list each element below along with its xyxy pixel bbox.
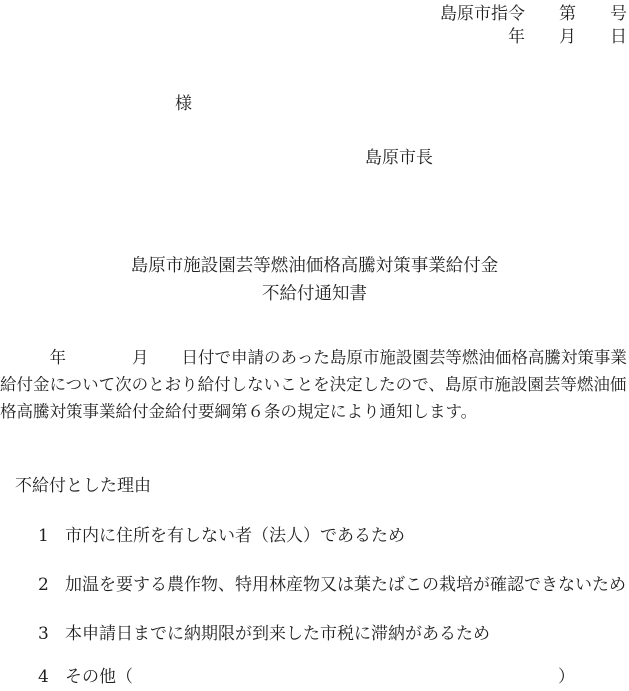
sender-name: 島原市長 bbox=[365, 150, 433, 167]
document-header: 島原市指令 第 号 年 月 日 bbox=[440, 3, 627, 49]
body-line-2: 給付金について次のとおり給付しないことを決定したので、島原市施設園芸等燃油価 bbox=[0, 371, 629, 398]
reason-item-4: 4 その他（ ） bbox=[38, 669, 575, 686]
body-paragraph: 年 月 日付で申請のあった島原市施設園芸等燃油価格高騰対策事業 給付金について次… bbox=[0, 344, 629, 425]
body-line-1: 年 月 日付で申請のあった島原市施設園芸等燃油価格高騰対策事業 bbox=[0, 344, 629, 371]
document-title: 島原市施設園芸等燃油価格高騰対策事業給付金 不給付通知書 bbox=[0, 252, 629, 308]
reason-item-number: 3 bbox=[38, 626, 65, 643]
reason-item-number: 2 bbox=[38, 577, 65, 594]
reason-item-1: 1 市内に住所を有しない者（法人）であるため bbox=[38, 528, 405, 545]
reason-item-text: 市内に住所を有しない者（法人）であるため bbox=[65, 528, 405, 545]
reason-item-number: 1 bbox=[38, 528, 65, 545]
reason-item-number: 4 bbox=[38, 669, 65, 686]
document-page: 島原市指令 第 号 年 月 日 様 島原市長 島原市施設園芸等燃油価格高騰対策事… bbox=[0, 0, 629, 691]
addressee-honorific: 様 bbox=[175, 96, 192, 113]
directive-number-line: 島原市指令 第 号 bbox=[440, 3, 627, 26]
reasons-heading: 不給付とした理由 bbox=[15, 478, 151, 495]
reason-item-2: 2 加温を要する農作物、特用林産物又は葉たばこの栽培が確認できないため bbox=[38, 577, 626, 594]
reason-item-text: その他（ ） bbox=[65, 669, 575, 686]
body-line-3: 格高騰対策事業給付金給付要綱第６条の規定により通知します。 bbox=[0, 398, 629, 425]
document-title-line2: 不給付通知書 bbox=[0, 280, 629, 308]
date-line: 年 月 日 bbox=[440, 26, 627, 49]
document-title-line1: 島原市施設園芸等燃油価格高騰対策事業給付金 bbox=[0, 252, 629, 280]
reason-item-text: 加温を要する農作物、特用林産物又は葉たばこの栽培が確認できないため bbox=[65, 577, 626, 594]
reason-item-3: 3 本申請日までに納期限が到来した市税に滞納があるため bbox=[38, 626, 490, 643]
reason-item-text: 本申請日までに納期限が到来した市税に滞納があるため bbox=[65, 626, 490, 643]
